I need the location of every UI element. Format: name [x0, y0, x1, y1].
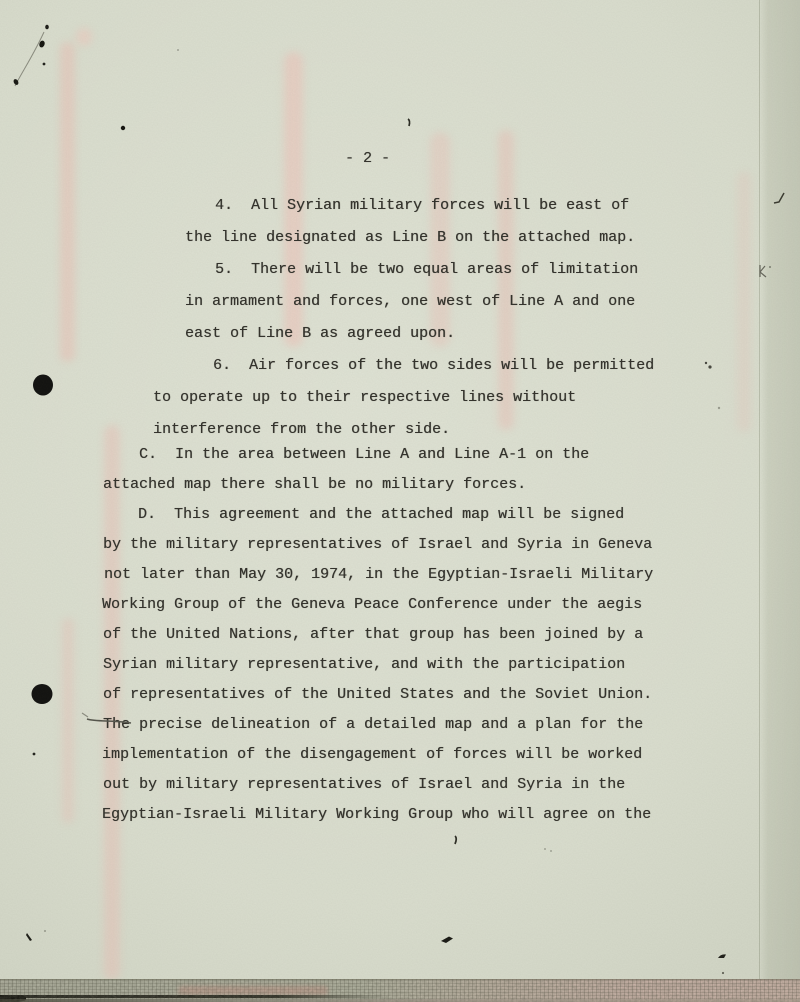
ink-tick [455, 836, 456, 844]
document-line: to operate up to their respective lines … [0, 382, 800, 414]
scan-edge-pink-smear [178, 986, 328, 995]
document-line: east of Line B as agreed upon. [0, 318, 800, 350]
ink-squiggle-top-left-icon [13, 25, 49, 86]
scan-edge-band [0, 979, 800, 1002]
ink-blot [26, 933, 32, 941]
document-line: by the military representatives of Israe… [0, 530, 800, 560]
document-line: not later than May 30, 1974, in the Egyp… [0, 560, 800, 590]
page-number: - 2 - [345, 150, 390, 167]
paragraphs-4-to-6: 4. All Syrian military forces will be ea… [0, 190, 800, 446]
scan-edge-dark-line [0, 995, 392, 998]
document-line: the line designated as Line B on the att… [0, 222, 800, 254]
ink-speck [550, 850, 552, 852]
document-line: of representatives of the United States … [0, 680, 800, 710]
ink-tick [408, 119, 410, 126]
document-line: The precise delineation of a detailed ma… [0, 710, 800, 740]
document-line: C. In the area between Line A and Line A… [0, 440, 800, 470]
document-line: Egyptian-Israeli Military Working Group … [0, 800, 800, 830]
document-line: D. This agreement and the attached map w… [0, 500, 800, 530]
ink-blot [718, 954, 726, 958]
document-line: attached map there shall be no military … [0, 470, 800, 500]
document-line: out by military representatives of Israe… [0, 770, 800, 800]
ink-speck [544, 848, 546, 850]
ink-speck [177, 49, 179, 51]
document-line: 6. Air forces of the two sides will be p… [0, 350, 800, 382]
document-line: 5. There will be two equal areas of limi… [0, 254, 800, 286]
document-line: of the United Nations, after that group … [0, 620, 800, 650]
ink-blot [441, 937, 453, 944]
document-line: Working Group of the Geneva Peace Confer… [0, 590, 800, 620]
document-line: implementation of the disengagement of f… [0, 740, 800, 770]
document-line: 4. All Syrian military forces will be ea… [0, 190, 800, 222]
scan-edge-corner-blob [0, 995, 26, 1002]
ink-speck [722, 972, 724, 974]
sections-c-and-d: C. In the area between Line A and Line A… [0, 440, 800, 830]
ink-speck [44, 930, 46, 932]
pink-stain [76, 28, 92, 46]
document-line: in armament and forces, one west of Line… [0, 286, 800, 318]
ink-speck [121, 126, 125, 130]
scanned-document-page: - 2 - 4. All Syrian military forces will… [0, 0, 800, 1002]
document-line: Syrian military representative, and with… [0, 650, 800, 680]
